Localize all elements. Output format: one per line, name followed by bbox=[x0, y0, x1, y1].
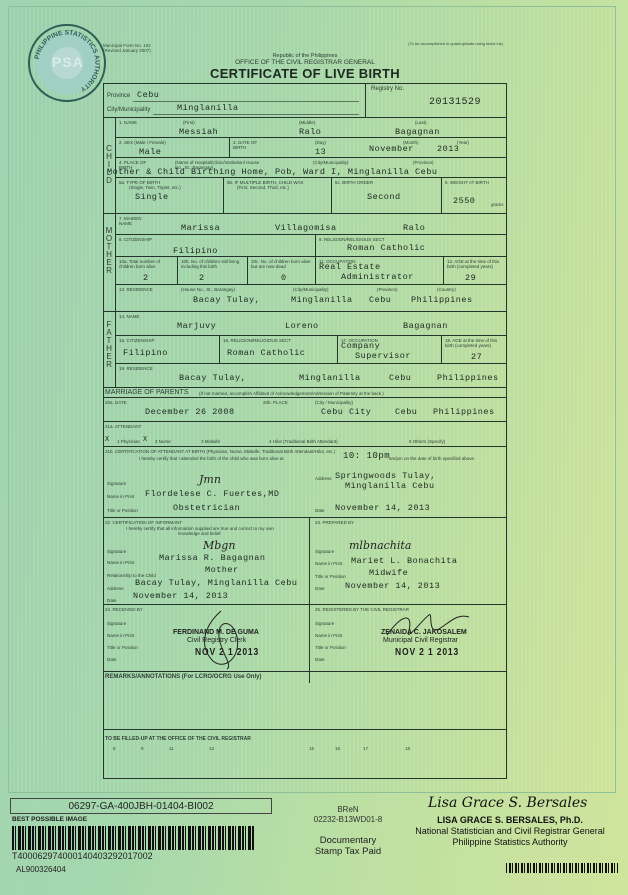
section-child-label: CHILD bbox=[104, 145, 114, 185]
marriage-heading: MARRIAGE OF PARENTS bbox=[105, 389, 189, 397]
marriage-city: Cebu City bbox=[321, 407, 371, 417]
registered-date-stamp: NOV 2 1 2013 bbox=[395, 647, 459, 658]
city-label: City/Municipality bbox=[107, 108, 150, 113]
child-sex: Male bbox=[139, 147, 161, 157]
signatory-title: National Statistician and Civil Registra… bbox=[400, 826, 620, 837]
office-use-label: TO BE FILLED-UP AT THE OFFICE OF THE CIV… bbox=[105, 737, 251, 742]
mother-children-dead: 0 bbox=[281, 273, 287, 283]
child-birth-order: Second bbox=[367, 192, 401, 202]
child-birth-month: November bbox=[369, 144, 414, 154]
bren-number: 02232-B13WD01-8 bbox=[278, 815, 418, 825]
attendant-address-line1: Springwoods Tulay, bbox=[335, 471, 436, 481]
psa-seal-icon: PHILIPPINE STATISTICS AUTHORITY PSA bbox=[28, 24, 106, 102]
barcode-number: T400062974000140403292017002 bbox=[12, 851, 153, 861]
attendant-address-line2: Minglanilla Cebu bbox=[345, 481, 435, 491]
child-type-of-birth: Single bbox=[135, 192, 169, 202]
signatory-org: Philippine Statistics Authority bbox=[400, 837, 620, 848]
informant-signature: Mbgn bbox=[203, 539, 235, 552]
barcode-icon bbox=[12, 826, 254, 850]
father-first-name: Marjuvy bbox=[177, 321, 216, 331]
seal-core-text: PSA bbox=[52, 54, 84, 70]
registered-signature-scribble-icon bbox=[383, 609, 473, 643]
child-first-name: Messiah bbox=[179, 127, 218, 137]
section-father-label: FATHER bbox=[104, 321, 114, 369]
mother-middle-name: Villagomisa bbox=[275, 223, 337, 233]
attendant-signature: Jmn bbox=[199, 473, 221, 486]
mother-children-living: 2 bbox=[199, 273, 205, 283]
marriage-province: Cebu bbox=[395, 407, 417, 417]
child-birth-year: 2013 bbox=[437, 144, 459, 154]
prepared-name: Mariet L. Bonachita bbox=[351, 556, 457, 566]
child-birth-day: 13 bbox=[315, 147, 326, 157]
marriage-date: December 26 2008 bbox=[145, 407, 235, 417]
province-label: Province bbox=[107, 94, 130, 99]
al-number: AL900326404 bbox=[16, 865, 66, 874]
father-age: 27 bbox=[471, 352, 482, 362]
mother-first-name: Marissa bbox=[181, 223, 220, 233]
father-residence-province: Cebu bbox=[389, 373, 411, 383]
father-citizenship: Filipino bbox=[123, 348, 168, 358]
bren-label: BReN bbox=[278, 805, 418, 815]
father-residence-city: Minglanilla bbox=[299, 373, 361, 383]
mother-occupation-line1: Real Estate bbox=[319, 262, 381, 272]
birth-time: 10: 10pm bbox=[343, 451, 390, 461]
mother-occupation-line2: Administrator bbox=[341, 272, 414, 282]
child-last-name: Bagagnan bbox=[395, 127, 440, 137]
informant-name: Marissa R. Bagagnan bbox=[159, 553, 265, 563]
reference-number: 06297-GA-400JBH-01404-BI002 bbox=[10, 798, 272, 814]
child-weight: 2550 bbox=[453, 196, 475, 206]
informant-relationship: Mother bbox=[205, 565, 239, 575]
mother-residence-country: Philippines bbox=[411, 295, 473, 305]
attendant-date: November 14, 2013 bbox=[335, 503, 430, 513]
child-place-of-birth: Mother & Child Birthing Home, Pob, Ward … bbox=[107, 167, 437, 177]
office-label: OFFICE OF THE CIVIL REGISTRAR GENERAL bbox=[103, 59, 507, 66]
prepared-signature: mlbnachita bbox=[349, 539, 411, 552]
province-value: Cebu bbox=[137, 90, 159, 100]
attendant-title: Obstetrician bbox=[173, 503, 240, 513]
mother-children-born-alive: 2 bbox=[143, 273, 149, 283]
certification-footer: 06297-GA-400JBH-01404-BI002 BEST POSSIBL… bbox=[8, 795, 620, 877]
child-middle-name: Ralo bbox=[299, 127, 321, 137]
mother-residence-province: Cebu bbox=[369, 295, 391, 305]
father-occupation-line1: Company bbox=[341, 341, 380, 351]
father-residence-country: Philippines bbox=[437, 373, 499, 383]
father-residence-street: Bacay Tulay, bbox=[179, 373, 246, 383]
registry-label: Registry No. bbox=[371, 87, 404, 92]
father-religion: Roman Catholic bbox=[227, 348, 305, 358]
secondary-barcode-icon bbox=[506, 863, 618, 873]
page-title: CERTIFICATE OF LIVE BIRTH bbox=[103, 66, 507, 81]
father-middle-name: Loreno bbox=[285, 321, 319, 331]
documentary-stamp: Documentary Stamp Tax Paid bbox=[278, 835, 418, 857]
mother-residence-city: Minglanilla bbox=[291, 295, 353, 305]
mother-last-name: Ralo bbox=[403, 223, 425, 233]
bren-block: BReN 02232-B13WD01-8 bbox=[278, 805, 418, 825]
best-possible-image-label: BEST POSSIBLE IMAGE bbox=[12, 816, 87, 823]
mother-age: 29 bbox=[465, 273, 476, 283]
city-value: Minglanilla bbox=[177, 103, 239, 113]
form-instruction: (To be accomplished in quadruplicate usi… bbox=[408, 41, 503, 46]
prepared-title: Midwife bbox=[369, 568, 408, 578]
remarks-label: REMARKS/ANNOTATIONS (For LCRO/OCRG Use O… bbox=[105, 674, 261, 681]
signatory-signature: Lisa Grace S. Bersales bbox=[428, 795, 587, 811]
mother-residence-street: Bacay Tulay, bbox=[193, 295, 260, 305]
mother-citizenship: Filipino bbox=[173, 246, 218, 256]
informant-address: Bacay Tulay, Minglanilla Cebu bbox=[135, 578, 297, 588]
attendant-name: Flordelese C. Fuertes,MD bbox=[145, 489, 279, 499]
attendant-check-physician[interactable]: X bbox=[105, 436, 110, 444]
attendant-check-nurse[interactable]: X bbox=[143, 436, 148, 444]
birth-certificate-form: Municipal Form No. 102(Revised January 2… bbox=[103, 41, 507, 779]
marriage-country: Philippines bbox=[433, 407, 495, 417]
father-occupation-line2: Supervisor bbox=[355, 351, 411, 361]
father-last-name: Bagagnan bbox=[403, 321, 448, 331]
signatory-name: LISA GRACE S. BERSALES, Ph.D. bbox=[400, 815, 620, 826]
signatory-block: LISA GRACE S. BERSALES, Ph.D. National S… bbox=[400, 815, 620, 848]
received-signature-scribble-icon bbox=[193, 607, 253, 671]
mother-religion: Roman Catholic bbox=[347, 243, 425, 253]
informant-date: November 14, 2013 bbox=[133, 591, 228, 601]
form-number: Municipal Form No. 102(Revised January 2… bbox=[103, 43, 151, 53]
prepared-date: November 14, 2013 bbox=[345, 581, 440, 591]
registry-number: 20131529 bbox=[429, 97, 481, 108]
section-mother-label: MOTHER bbox=[104, 227, 114, 275]
